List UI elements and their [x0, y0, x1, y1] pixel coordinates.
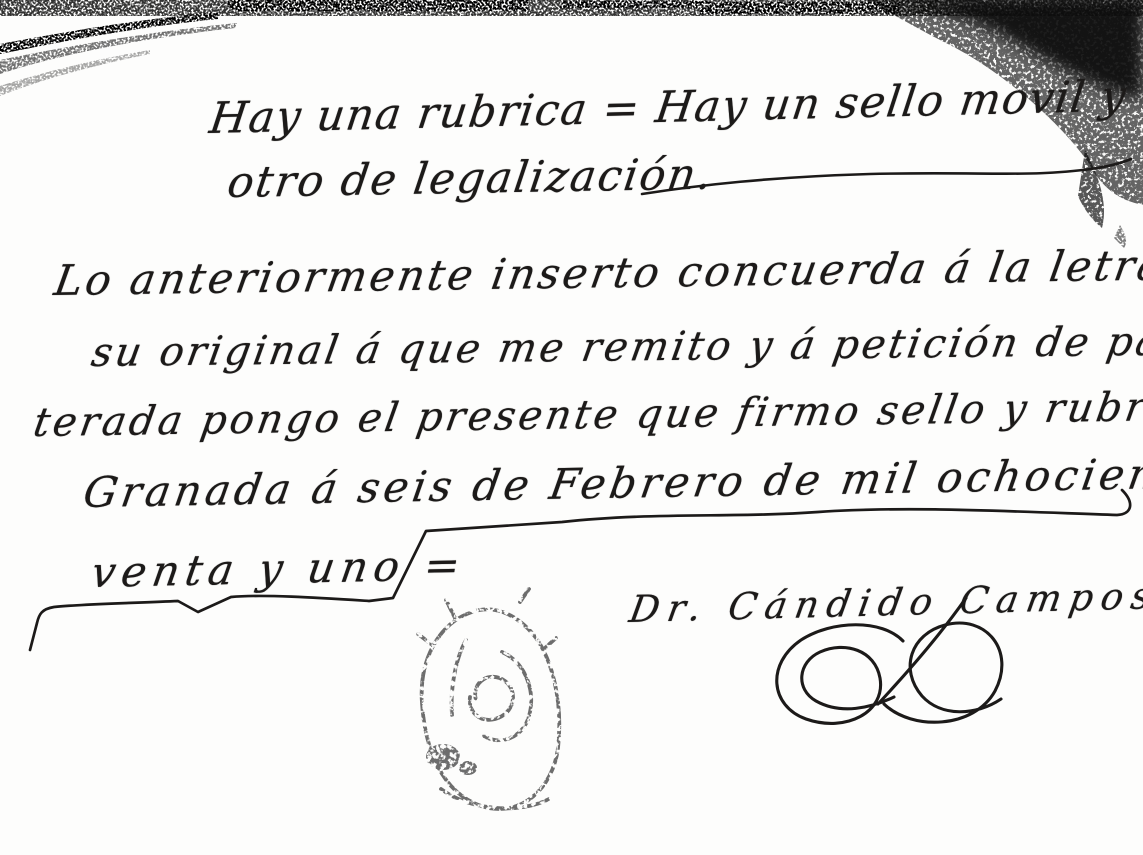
handwritten-line: otro de legalización. [224, 149, 716, 208]
scanned-document-page: Hay una rubrica = Hay un sello movil y o… [0, 0, 1143, 855]
handwritten-line: venta y uno = [88, 540, 469, 597]
